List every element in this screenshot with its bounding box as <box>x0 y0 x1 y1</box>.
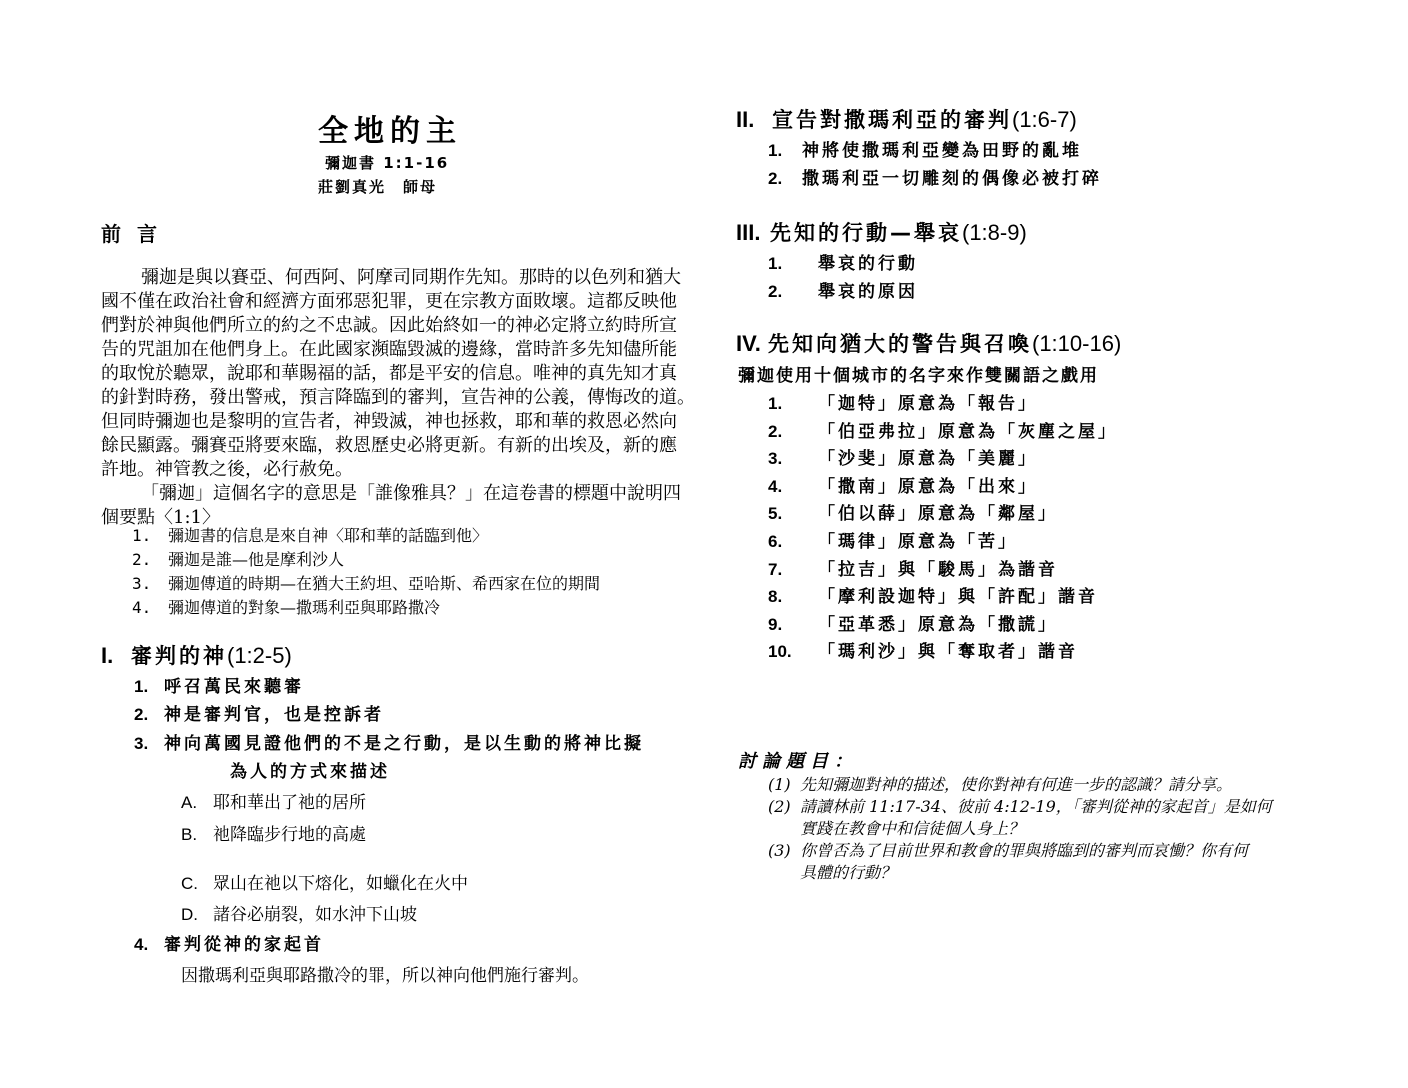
section-1-item: 1.呼召萬民來聽審 <box>134 672 304 697</box>
section-1-heading: I.審判的神(1:2-5) <box>101 640 292 670</box>
page-title: 全地的主 <box>318 106 462 150</box>
list-item: 1.彌迦書的信息是來自神〈耶和華的話臨到他〉 <box>132 524 600 548</box>
list-item: 4.彌迦傳道的對象—撒瑪利亞與耶路撒冷 <box>132 596 600 620</box>
scripture-reference: 彌迦書 1:1-16 <box>325 152 449 173</box>
paragraph-line: 告的咒詛加在他們身上。在此國家瀕臨毀滅的邊緣，當時許多先知儘所能 <box>101 338 695 362</box>
discussion-question-continuation: 實踐在教會中和信徒個人身上？ <box>768 818 1272 840</box>
section-2-item: 2.撒瑪利亞一切雕刻的偶像必被打碎 <box>768 164 1102 189</box>
section-2-item: 1.神將使撒瑪利亞變為田野的亂堆 <box>768 136 1082 161</box>
list-item: 3.彌迦傳道的時期—在猶大王約坦、亞哈斯、希西家在位的期間 <box>132 572 600 596</box>
section-1-item: 2.神是審判官，也是控訴者 <box>134 700 384 725</box>
preface-heading: 前言 <box>101 218 173 247</box>
section-3-item: 2.舉哀的原因 <box>768 277 918 302</box>
section-3-heading: III.先知的行動—舉哀(1:8-9) <box>736 217 1027 247</box>
paragraph-line: 的取悅於聽眾，說耶和華賜福的話，都是平安的信息。唯神的真先知才真 <box>101 362 695 386</box>
paragraph-line: 餘民顯露。彌賽亞將要來臨，救恩歷史必將更新。有新的出埃及，新的應 <box>101 434 695 458</box>
list-item: 2.彌迦是誰—他是摩利沙人 <box>132 548 600 572</box>
section-1-item: 4.審判從神的家起首 <box>134 930 324 955</box>
paragraph-line: 「彌迦」這個名字的意思是「誰像雅具？」在這卷書的標題中說明四 <box>101 482 695 506</box>
paragraph-line: 國不僅在政治社會和經濟方面邪惡犯罪，更在宗教方面敗壞。這都反映他 <box>101 290 695 314</box>
preface-paragraph: 彌迦是與以賽亞、何西阿、阿摩司同期作先知。那時的以色列和猶大 國不僅在政治社會和… <box>101 266 695 530</box>
author: 莊劉真光 師母 <box>318 176 437 197</box>
discussion-questions: (1)先知彌迦對神的描述，使你對神有何進一步的認識？請分享。 (2)請讀林前 1… <box>768 774 1272 884</box>
discussion-question: (3)你曾否為了目前世界和教會的罪與將臨到的審判而哀慟？你有何 <box>768 840 1272 862</box>
section-1-item-continuation: 為人的方式來描述 <box>230 757 390 782</box>
discussion-question: (1)先知彌迦對神的描述，使你對神有何進一步的認識？請分享。 <box>768 774 1272 796</box>
list-item: 9.「亞革悉」原意為「撒謊」 <box>768 610 1118 638</box>
paragraph-line: 們對於神與他們所立的約之不忠誠。因此始終如一的神必定將立約時所宣 <box>101 314 695 338</box>
section-1-subitem: B.祂降臨步行地的高處 <box>181 820 366 845</box>
preface-points: 1.彌迦書的信息是來自神〈耶和華的話臨到他〉 2.彌迦是誰—他是摩利沙人 3.彌… <box>132 524 600 620</box>
list-item: 1.「迦特」原意為「報告」 <box>768 389 1118 417</box>
section-2-heading: II.宣告對撒瑪利亞的審判(1:6-7) <box>736 104 1077 134</box>
discussion-question-continuation: 具體的行動？ <box>768 862 1272 884</box>
section-4-subtitle: 彌迦使用十個城市的名字來作雙關語之戲用 <box>738 361 1099 386</box>
discussion-question: (2)請讀林前 11:17-34、彼前 4:12-19，「審判從神的家起首」是如… <box>768 796 1272 818</box>
paragraph-line: 彌迦是與以賽亞、何西阿、阿摩司同期作先知。那時的以色列和猶大 <box>101 266 695 290</box>
paragraph-line: 但同時彌迦也是黎明的宣告者，神毀滅，神也拯救，耶和華的救恩必然向 <box>101 410 695 434</box>
section-1-subitem: C.眾山在祂以下熔化，如蠟化在火中 <box>181 869 468 894</box>
list-item: 4.「撒南」原意為「出來」 <box>768 472 1118 500</box>
section-1-subitem: D.諸谷必崩裂，如水沖下山坡 <box>181 900 417 925</box>
list-item: 6.「瑪律」原意為「苦」 <box>768 527 1118 555</box>
list-item: 10.「瑪利沙」與「奪取者」諧音 <box>768 637 1118 665</box>
list-item: 8.「摩利設迦特」與「許配」諧音 <box>768 582 1118 610</box>
section-1-item: 3.神向萬國見證他們的不是之行動，是以生動的將神比擬 <box>134 729 644 754</box>
list-item: 5.「伯以薛」原意為「鄰屋」 <box>768 499 1118 527</box>
list-item: 7.「拉吉」與「駿馬」為諧音 <box>768 555 1118 583</box>
section-4-heading: IV.先知向猶大的警告與召喚(1:10-16) <box>736 328 1121 358</box>
section-1-subitem: A.耶和華出了祂的居所 <box>181 788 366 813</box>
section-4-list: 1.「迦特」原意為「報告」 2.「伯亞弗拉」原意為「灰塵之屋」 3.「沙斐」原意… <box>768 389 1118 665</box>
list-item: 2.「伯亞弗拉」原意為「灰塵之屋」 <box>768 417 1118 445</box>
paragraph-line: 的針對時務，發出警戒，預言降臨到的審判，宣告神的公義，傳悔改的道。 <box>101 386 695 410</box>
section-1-item4-note: 因撒瑪利亞與耶路撒冷的罪，所以神向他們施行審判。 <box>181 961 589 986</box>
list-item: 3.「沙斐」原意為「美麗」 <box>768 444 1118 472</box>
discussion-heading: 討論題目： <box>738 747 858 773</box>
section-3-item: 1.舉哀的行動 <box>768 249 918 274</box>
paragraph-line: 許地。神管教之後，必行赦免。 <box>101 458 695 482</box>
